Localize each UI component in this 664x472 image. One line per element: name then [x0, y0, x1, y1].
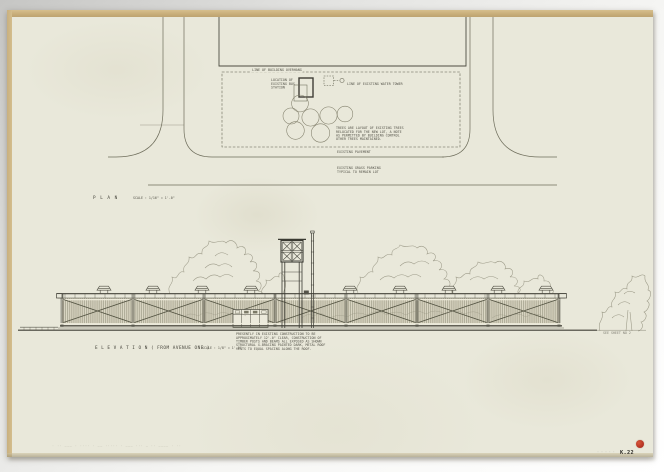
tree-right-of-building [599, 275, 650, 331]
plan-building-outline [219, 17, 466, 66]
scanned-drawing-page: { "colors": { "paper": "#e9e8da", "edge_… [0, 0, 664, 472]
note-line: TYPICAL TO REMAIN LOT [337, 170, 381, 174]
elevation-drawing [18, 231, 651, 331]
plan-streets [108, 17, 557, 185]
elevation-side-note: SEE SHEET NO 2 [603, 332, 631, 336]
sheet-number-prefix: · · · · · [597, 451, 615, 455]
entry-doors [233, 310, 268, 328]
red-stamp-dot [636, 440, 644, 448]
site-plan [108, 17, 557, 185]
roof-vents [97, 286, 553, 294]
note-line: STATION [271, 86, 295, 90]
tree-note: TREES ARE LAYOUT OF EXISTING TREES RELOC… [336, 127, 404, 142]
pencil-note: · ·· ——— · ···· · —— ····· · ——— ··· — ·… [52, 445, 181, 449]
ground-line [18, 327, 646, 330]
note-line: VENTS TO EQUAL SPACING ALONG THE ROOF. [236, 347, 325, 351]
pavement-label: EXISTING PAVEMENT [337, 151, 371, 155]
overhang-label: LINE OF BUILDING OVERHANG [251, 69, 303, 73]
elevation-title: E L E V A T I O N ( FROM AVENUE ONE ) [95, 346, 210, 351]
elevation-note: PRESENTLY IN EXISTING CONSTRUCTION TO BE… [236, 333, 325, 351]
plan-title: P L A N [93, 196, 118, 201]
plan-scale-note: SCALE : 1/16" = 1'-0" [133, 197, 175, 201]
grass-note: EXISTING GRASS PARKING TYPICAL TO REMAIN… [337, 167, 381, 174]
plan-kiosk [294, 78, 313, 101]
plan-water-tower [324, 76, 344, 86]
drawing-linework [0, 0, 664, 472]
water-tower-label: LINE OF EXISTING WATER TOWER [347, 83, 403, 87]
elevation-scale-note: SCALE : 1/8" = 1'-0" [202, 347, 242, 351]
sheet-number: K.22 [620, 449, 634, 456]
kiosk-note: LOCATION OF EXISTING BUS STATION [271, 79, 295, 90]
note-line: OTHER TREES MAINTAINED. [336, 138, 404, 142]
